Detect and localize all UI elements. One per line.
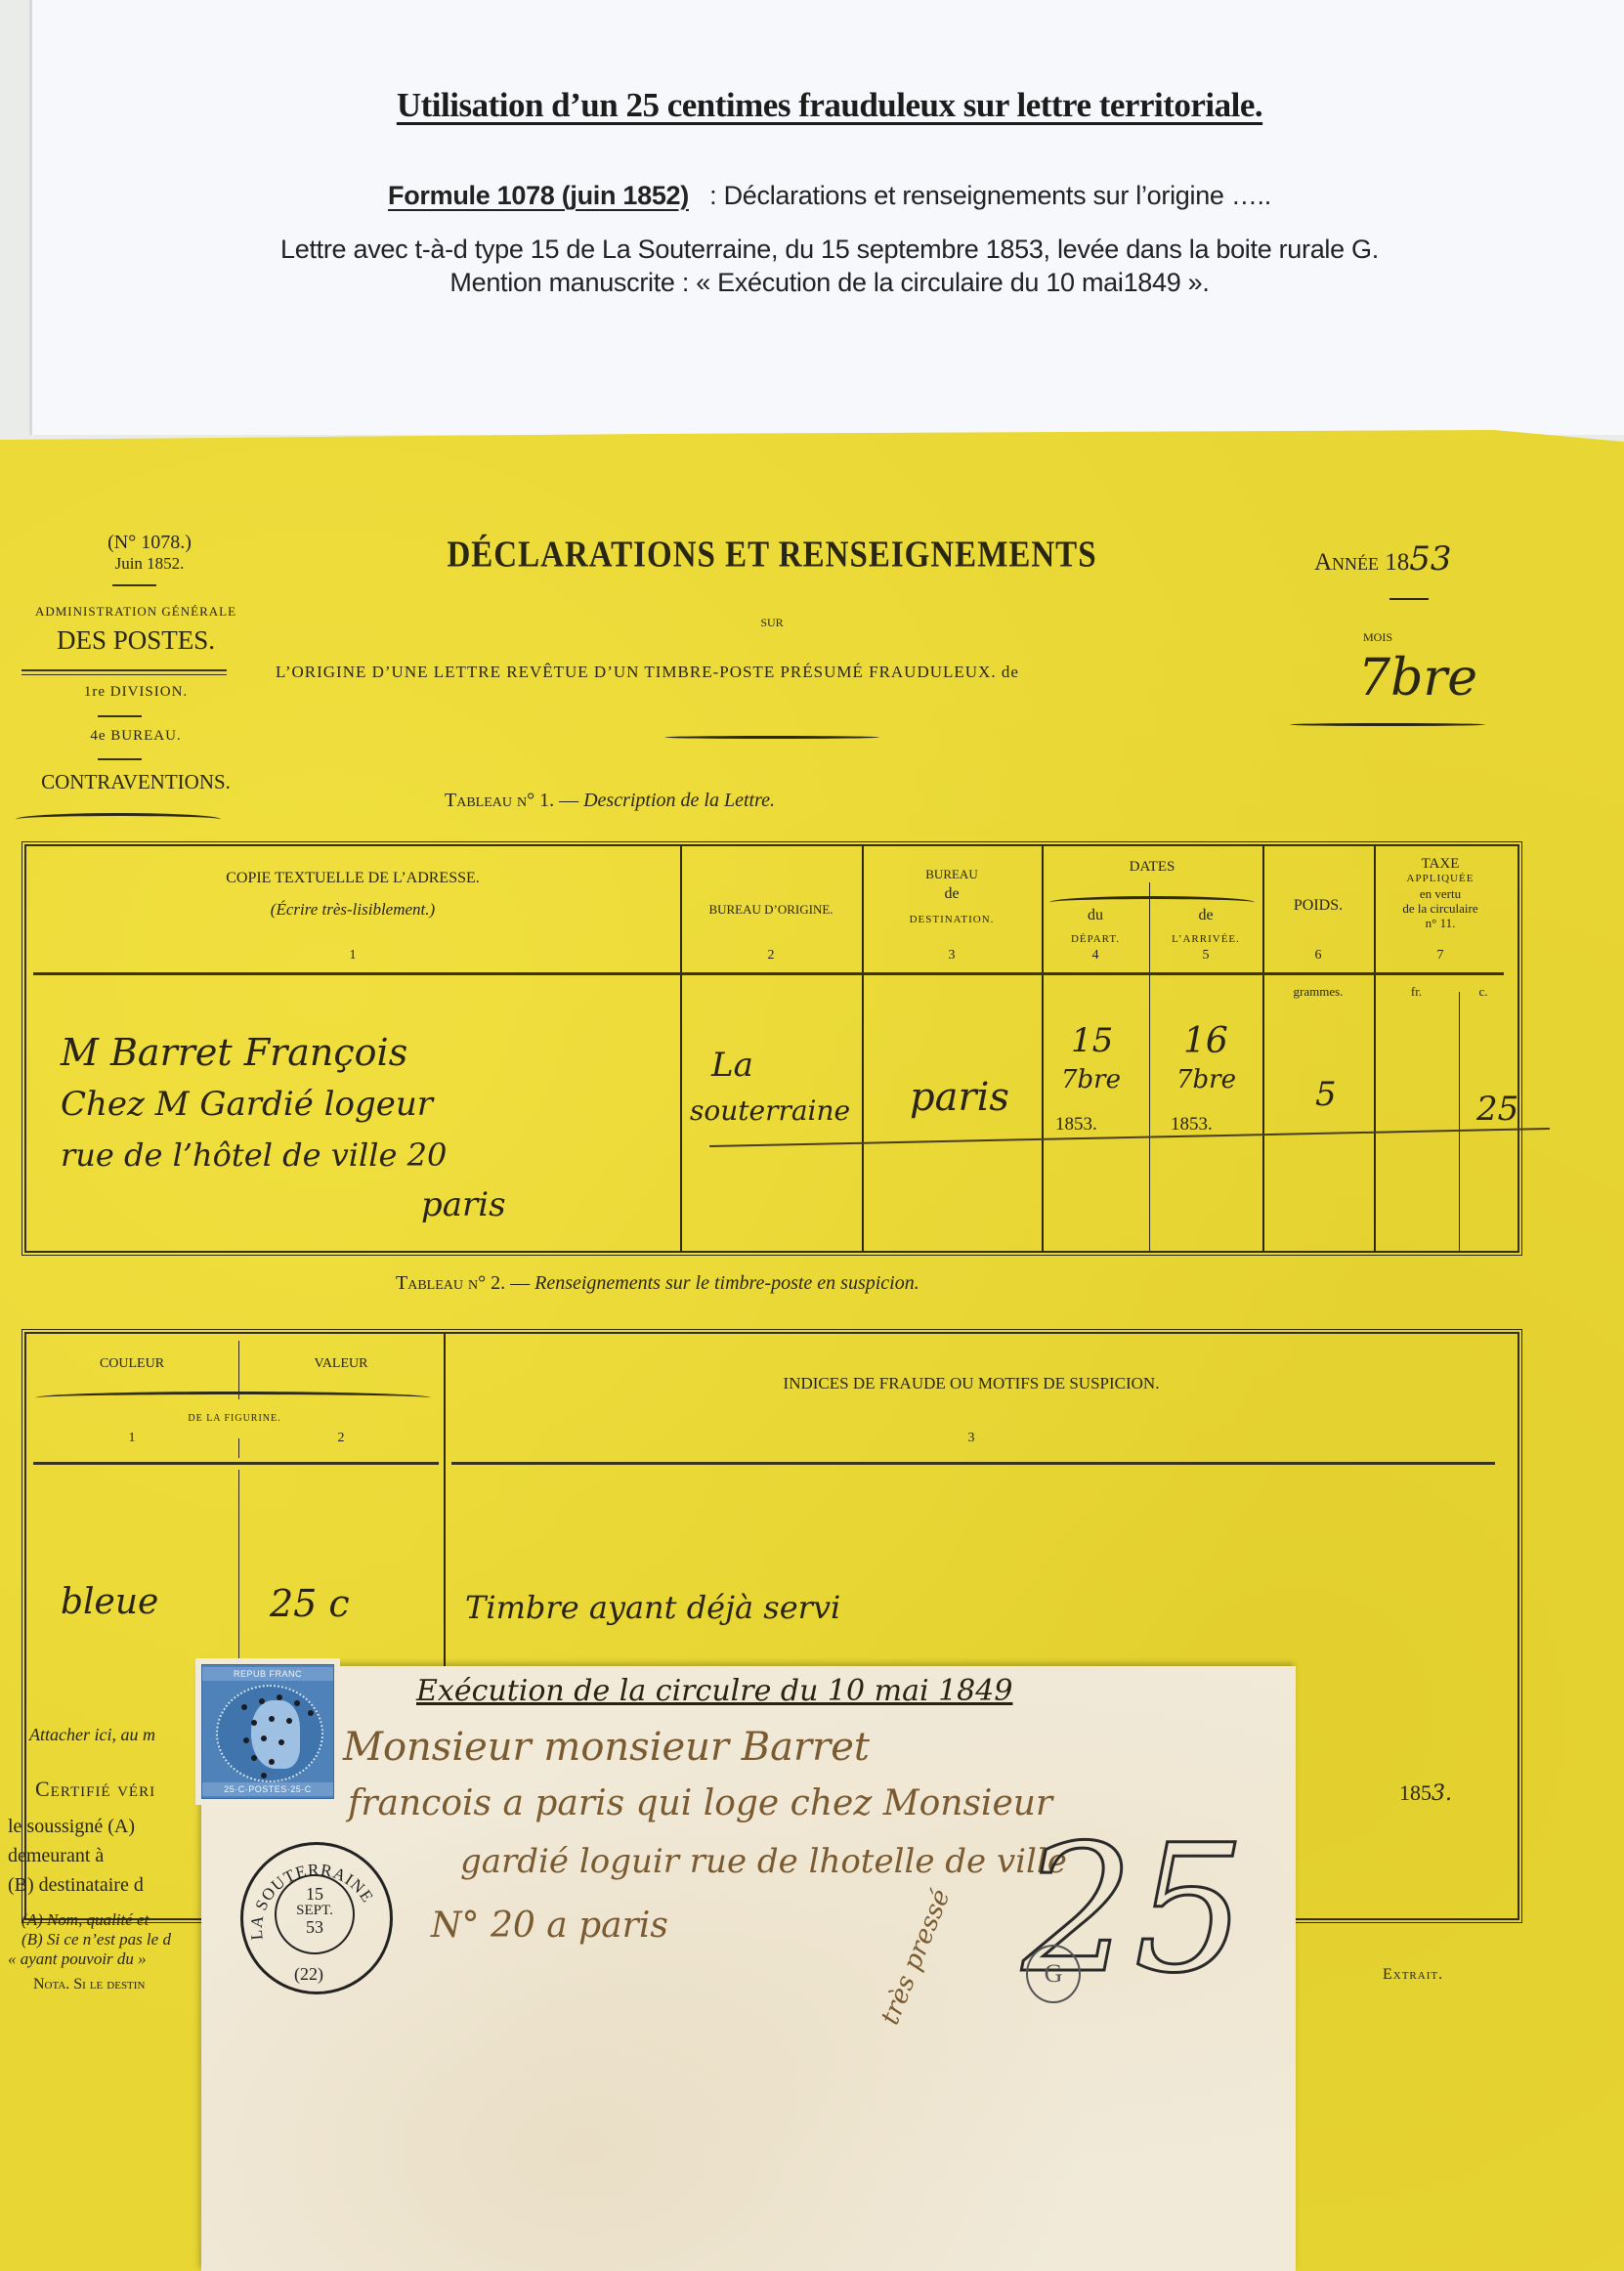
postage-stamp-25c: REPUB FRANC 25·C·POSTES·25·C: [195, 1658, 340, 1805]
header-adresse: COPIE TEXTUELLE DE L’ADRESSE. (Écrire tr…: [25, 869, 680, 921]
header-rule: [33, 972, 1504, 975]
annee-label: Année 18: [1314, 549, 1409, 576]
caption-letter-line: Lettre avec t-à-d type 15 de La Souterra…: [32, 235, 1624, 265]
header-arrivee-a: de: [1149, 906, 1262, 925]
ornament-rule: [1290, 723, 1485, 726]
demeurant-label: demeurant à: [8, 1845, 104, 1867]
header-adresse-label: COPIE TEXTUELLE DE L’ADRESSE.: [25, 869, 680, 888]
form-subtitle: L’ORIGINE D’UNE LETTRE REVÊTUE D’UN TIMB…: [276, 663, 1302, 682]
cancel-dot: [278, 1739, 284, 1745]
form-number: (N° 1078.): [76, 532, 223, 553]
caption-mention-line: Mention manuscrite : « Exécution de la c…: [32, 268, 1624, 298]
col-number: 6: [1262, 948, 1374, 964]
tableau1-table: COPIE TEXTUELLE DE L’ADRESSE. (Écrire tr…: [21, 841, 1522, 1256]
form-date: Juin 1852.: [76, 553, 223, 575]
header-taxe-c: en vertu: [1374, 886, 1507, 901]
cancel-dot: [308, 1710, 314, 1716]
header-origine: BUREAU D’ORIGINE.: [680, 900, 862, 920]
arrivee-day: 16: [1183, 1021, 1228, 1061]
depart-month: 7bre: [1061, 1065, 1121, 1094]
stamp-top-text: REPUB FRANC: [202, 1667, 333, 1681]
divider: [98, 715, 142, 717]
header-taxe-e: n° 11.: [1374, 916, 1507, 930]
c-label: c.: [1459, 984, 1508, 1000]
destination-value: paris: [910, 1075, 1009, 1120]
col-number: 2: [238, 1431, 444, 1446]
header-taxe-a: TAXE: [1374, 857, 1507, 872]
caption-title: Utilisation d’un 25 centimes frauduleux …: [32, 86, 1624, 125]
couleur-value: bleue: [61, 1582, 158, 1622]
annee-handwritten: 53: [1409, 539, 1451, 578]
tableau1-caption: Tableau n° 1. — Description de la Lettre…: [445, 790, 775, 812]
caption-card: Utilisation d’un 25 centimes frauduleux …: [29, 0, 1624, 435]
note-a: (A) Nom, qualité et: [21, 1910, 149, 1930]
ornament-rule: [664, 736, 879, 739]
header-taxe-b: APPLIQUÉE: [1374, 872, 1507, 886]
col-number: 1: [25, 1431, 238, 1446]
col-number: 2: [680, 948, 862, 964]
destinataire-label: (B) destinataire d: [8, 1874, 144, 1897]
stamp-medallion: [216, 1685, 323, 1782]
postmark-day: 15: [277, 1886, 353, 1903]
tableau2-caption-prefix: Tableau n° 2. —: [396, 1272, 530, 1294]
extrait-label: Extrait.: [1383, 1966, 1443, 1984]
cancel-dot: [277, 1694, 282, 1700]
tres-presse-mention: très pressé: [876, 1885, 957, 2029]
figurine-brace: [35, 1392, 431, 1404]
letter-line-3: gardié loguir rue de lhotelle de ville: [460, 1842, 1067, 1881]
cancel-dot: [286, 1718, 292, 1724]
header-rule: [451, 1462, 1495, 1465]
cancel-dot: [261, 1735, 267, 1741]
attach-instruction: Attacher ici, au m: [29, 1725, 155, 1745]
col-number: 7: [1374, 948, 1507, 964]
poids-value: 5: [1315, 1075, 1337, 1114]
form-sur: SUR: [684, 616, 860, 630]
header-taxe: TAXE APPLIQUÉE en vertu de la circulaire…: [1374, 857, 1507, 930]
form-number-block: (N° 1078.) Juin 1852.: [76, 532, 223, 575]
header-couleur: COULEUR: [25, 1354, 238, 1374]
tableau2-caption: Tableau n° 2. — Renseignements sur le ti…: [396, 1272, 919, 1295]
origine-line-1: La: [711, 1046, 753, 1085]
header-depart: du DÉPART.: [1042, 906, 1149, 949]
header-dates: DATES: [1042, 857, 1262, 877]
rural-box-mark: G: [1026, 1945, 1081, 2003]
stamp-bottom-text: 25·C·POSTES·25·C: [202, 1782, 333, 1796]
mois-handwritten: 7bre: [1358, 653, 1477, 704]
divider: [21, 674, 227, 675]
cancel-dot: [241, 1704, 247, 1710]
header-figurine: DE LA FIGURINE.: [25, 1409, 444, 1429]
col-number: 5: [1149, 948, 1262, 964]
formula-label: Formule 1078 (juin 1852): [388, 181, 689, 210]
header-dest-a: BUREAU: [862, 865, 1042, 884]
cancel-dot: [294, 1700, 300, 1706]
grammes-label: grammes.: [1262, 984, 1374, 1000]
postmark-year: 53: [277, 1919, 353, 1936]
tableau2-caption-italic: Renseignements sur le timbre-poste en su…: [534, 1272, 919, 1294]
divider: [98, 758, 142, 760]
depart-day: 15: [1071, 1021, 1113, 1060]
header-arrivee-b: L’ARRIVÉE.: [1149, 929, 1262, 949]
caption-formula-line: Formule 1078 (juin 1852) : Déclarations …: [32, 181, 1624, 211]
contraventions-label: CONTRAVENTIONS.: [14, 770, 258, 794]
header-dest-b: de: [862, 884, 1042, 904]
certifie-label: Certifié véri: [35, 1777, 155, 1802]
address-line-4: paris: [421, 1185, 506, 1224]
letter-line-4: N° 20 a paris: [431, 1906, 668, 1946]
tableau1-caption-italic: Description de la Lettre.: [583, 790, 775, 811]
postes-label: DES POSTES.: [14, 625, 258, 656]
header-destination: BUREAU de DESTINATION.: [862, 865, 1042, 929]
tableau1-caption-prefix: Tableau n° 1. —: [445, 790, 578, 811]
mois-label: MOIS: [1363, 630, 1392, 645]
bureau-label: 4e BUREAU.: [14, 728, 258, 745]
ornament-rule: [16, 813, 221, 826]
note-b: (B) Si ce n’est pas le d: [21, 1930, 171, 1950]
header-poids: POIDS.: [1262, 896, 1374, 916]
header-rule: [33, 1462, 439, 1465]
header-arrivee: de L’ARRIVÉE.: [1149, 906, 1262, 949]
caption-title-text: Utilisation d’un 25 centimes frauduleux …: [397, 86, 1262, 124]
arrivee-month: 7bre: [1176, 1065, 1236, 1094]
header-taxe-d: de la circulaire: [1374, 901, 1507, 916]
col-number: 3: [444, 1431, 1499, 1446]
header-depart-a: du: [1042, 906, 1149, 925]
cancel-dot: [261, 1773, 267, 1778]
postmark-la-souterraine: LA SOUTERRAINE 15 SEPT. 53 (22): [240, 1842, 393, 1994]
cover-letter: Exécution de la circulre du 10 mai 1849 …: [201, 1666, 1296, 2271]
form-title: DÉCLARATIONS ET RENSEIGNEMENTS: [391, 535, 1153, 577]
col-number: 4: [1042, 948, 1149, 964]
valeur-value: 25 c: [270, 1582, 350, 1625]
cancel-dot: [243, 1737, 249, 1743]
strike-line: [709, 1128, 1550, 1147]
letter-line-1: Monsieur monsieur Barret: [343, 1725, 870, 1770]
cancel-dot: [259, 1698, 265, 1704]
division-label: 1re DIVISION.: [14, 684, 258, 701]
divider: [21, 669, 227, 671]
arrivee-year: 1853.: [1171, 1114, 1213, 1135]
divider: [112, 584, 156, 586]
header-valeur: VALEUR: [238, 1354, 444, 1374]
col-number: 1: [25, 948, 680, 964]
stamp-design: REPUB FRANC 25·C·POSTES·25·C: [201, 1664, 334, 1799]
header-adresse-note: (Écrire très-lisiblement.): [271, 900, 435, 919]
formula-text: : Déclarations et renseignements sur l’o…: [709, 181, 1271, 210]
origine-line-2: souterraine: [690, 1094, 850, 1127]
address-line-1: M Barret François: [61, 1031, 407, 1074]
cancel-dot: [251, 1720, 257, 1726]
cancel-dot: [269, 1716, 275, 1722]
letter-line-2: francois a paris qui loge chez Monsieur: [348, 1783, 1052, 1823]
annee2-field: 1853.: [1399, 1780, 1452, 1806]
taxe-value: 25: [1476, 1090, 1518, 1129]
cancel-dot: [269, 1759, 275, 1765]
header-dest-c: DESTINATION.: [862, 910, 1042, 929]
divider: [1389, 598, 1429, 600]
column-divider: [1459, 992, 1460, 1252]
address-line-3: rue de l’hôtel de ville 20: [61, 1136, 447, 1174]
postmark-dept: (22): [294, 1964, 323, 1985]
header-depart-b: DÉPART.: [1042, 929, 1149, 949]
admin-label: ADMINISTRATION GÉNÉRALE: [14, 604, 258, 620]
motif-value: Timbre ayant déjà servi: [465, 1589, 840, 1626]
annee-field: Année 1853: [1314, 539, 1452, 578]
annee2-handwritten: 3.: [1432, 1781, 1452, 1806]
execution-mention: Exécution de la circulre du 10 mai 1849: [416, 1674, 1012, 1708]
annee2-label: 185: [1399, 1780, 1432, 1805]
depart-year: 1853.: [1055, 1114, 1097, 1135]
nota-label: Nota. Si le destin: [33, 1976, 145, 1993]
col-number: 3: [862, 948, 1042, 964]
cancel-dot: [251, 1755, 257, 1761]
note-c: « ayant pouvoir du »: [8, 1950, 147, 1969]
soussigne-label: le soussigné (A): [8, 1816, 135, 1838]
header-indices: INDICES DE FRAUDE OU MOTIFS DE SUSPICION…: [444, 1374, 1499, 1393]
address-line-2: Chez M Gardié logeur: [61, 1085, 433, 1124]
fr-label: fr.: [1374, 984, 1459, 1000]
postmark-date: 15 SEPT. 53: [275, 1874, 355, 1954]
napoleon-head-icon: [251, 1700, 300, 1769]
